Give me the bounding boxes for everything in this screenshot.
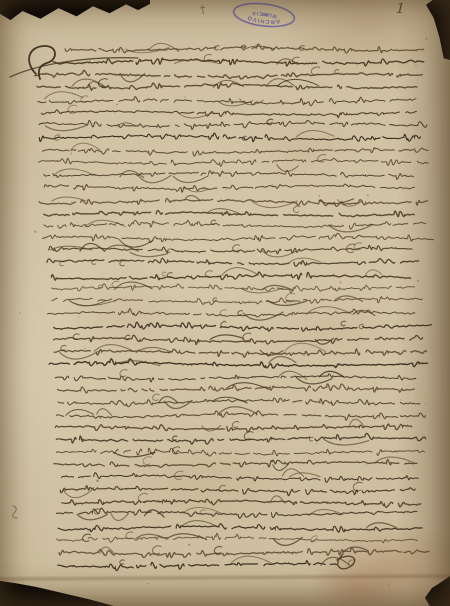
- notary-cross-mark: †: [199, 3, 206, 17]
- manuscript-scan: ARCHIVO DE MURCIA † 1: [0, 0, 450, 606]
- folio-number: 1: [396, 1, 406, 17]
- handwriting-text-block: [0, 0, 450, 606]
